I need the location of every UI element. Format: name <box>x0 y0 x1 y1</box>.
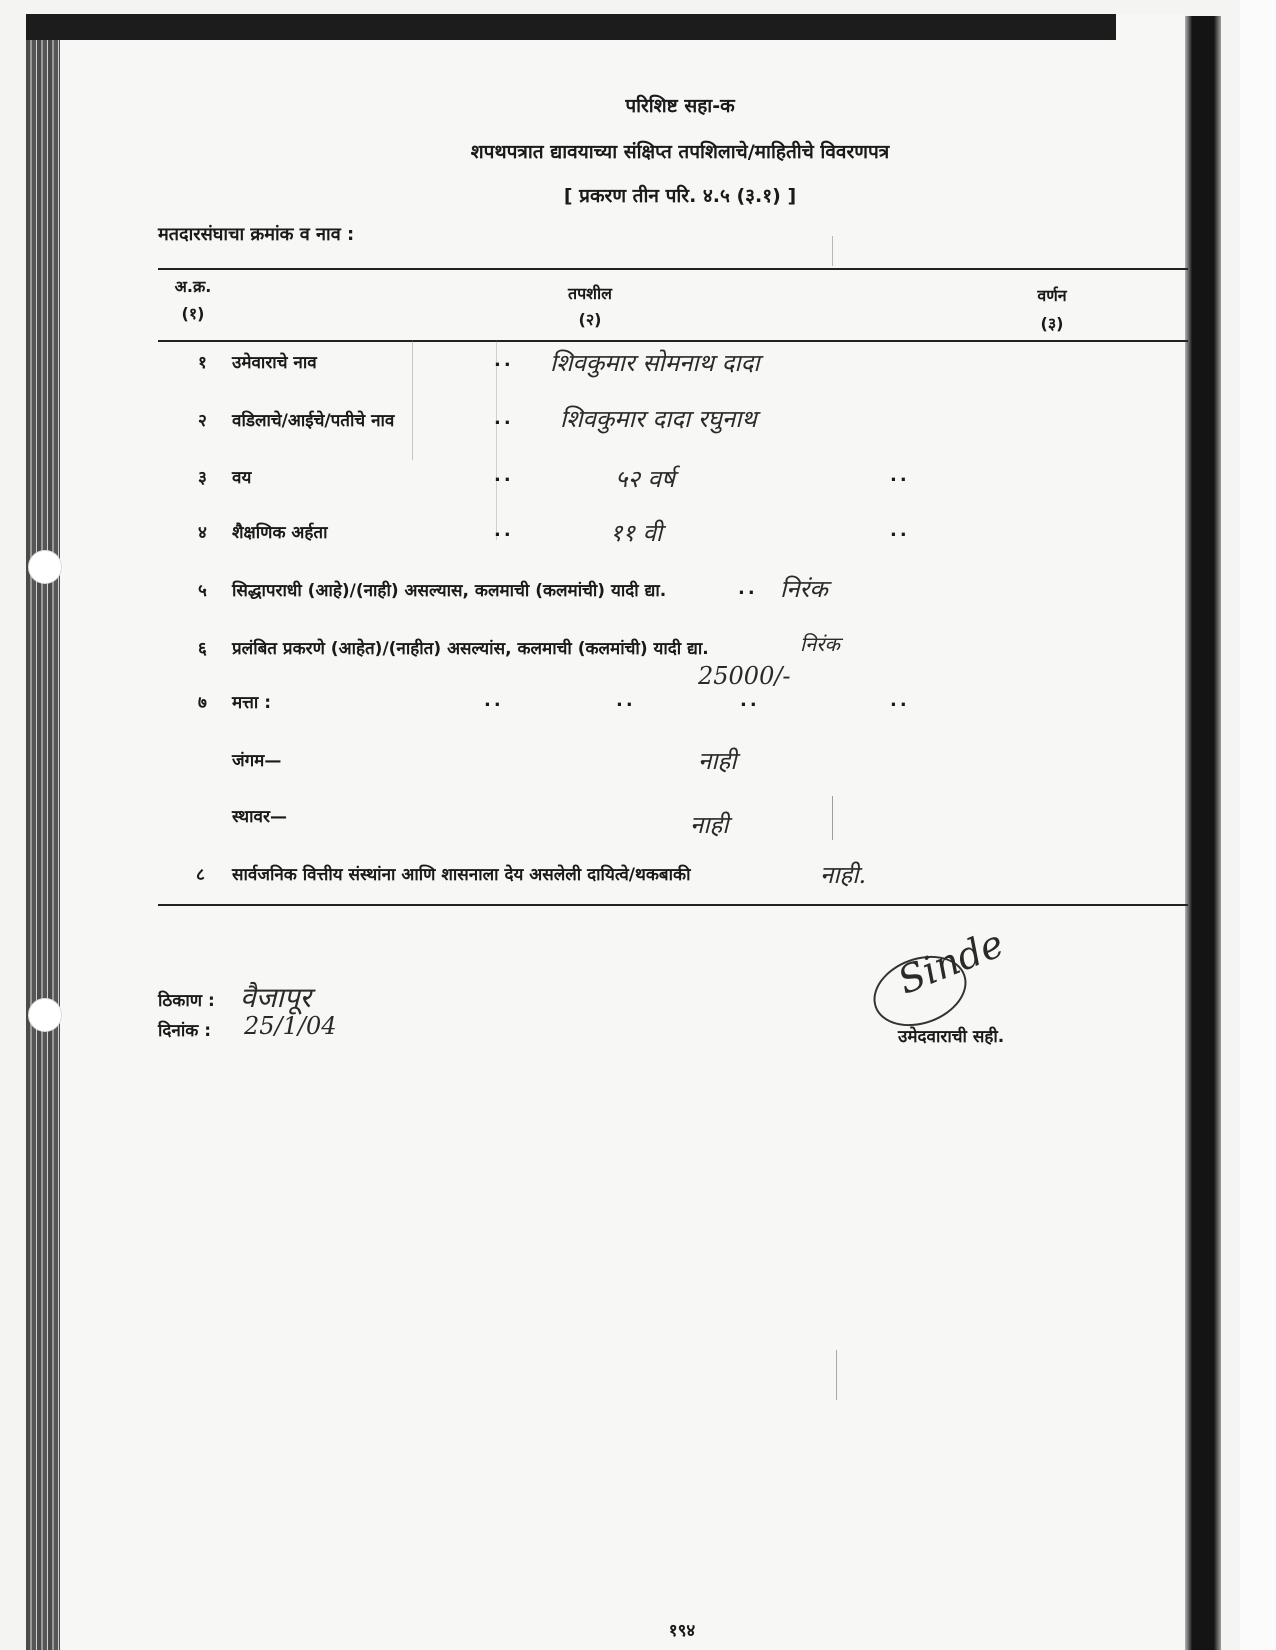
immovable-assets-label: स्थावर— <box>232 804 287 827</box>
form-title: शपथपत्रात द्यावयाच्या संक्षिप्त तपशिलाचे… <box>471 138 890 164</box>
col-description-index: (३) <box>1041 312 1064 334</box>
date-label: दिनांक : <box>158 1018 211 1041</box>
row-separator: .. <box>494 408 514 429</box>
scan-top-border <box>26 14 1116 40</box>
header-bottom-rule <box>158 340 1188 342</box>
movable-assets-value: नाही <box>698 744 737 777</box>
row-label: सार्वजनिक वित्तीय संस्थांना आणि शासनाला … <box>232 862 690 885</box>
guide-line <box>412 340 413 460</box>
table-bottom-rule <box>158 904 1188 906</box>
row-value-handwritten: नाही. <box>820 858 866 891</box>
row-separator: .. <box>740 690 760 711</box>
row-number: २ <box>198 408 207 431</box>
guide-line <box>832 236 833 266</box>
row-value-handwritten: शिवकुमार सोमनाथ दादा <box>550 346 760 379</box>
row-label: मत्ता : <box>232 690 271 713</box>
row-number: ४ <box>198 520 207 543</box>
row-separator: .. <box>494 350 514 371</box>
scan-left-border <box>26 40 60 1650</box>
row-number: ३ <box>198 465 207 488</box>
row-number: ७ <box>198 690 207 713</box>
punch-hole-bottom <box>28 998 62 1032</box>
col-serial-label: अ.क्र. <box>175 275 212 297</box>
punch-hole-top <box>28 550 62 584</box>
guide-line <box>836 1350 837 1400</box>
col-description-label: वर्णन <box>1037 284 1066 306</box>
row-number: ५ <box>198 578 207 601</box>
row-trail-separator: .. <box>890 520 910 541</box>
date-value: 25/1/04 <box>244 1012 337 1040</box>
row-value-handwritten: निरंक <box>780 572 828 605</box>
row-value-handwritten: निरंक <box>800 630 840 657</box>
assets-total-handwritten: 25000/- <box>698 662 791 690</box>
row-separator: .. <box>616 690 636 711</box>
row-label: वय <box>232 465 251 488</box>
row-label: शैक्षणिक अर्हता <box>232 520 328 543</box>
scan-right-margin <box>1240 0 1276 1650</box>
movable-assets-label: जंगम— <box>232 748 281 771</box>
row-number: ६ <box>198 636 207 659</box>
row-separator: .. <box>494 465 514 486</box>
row-separator: .. <box>738 578 758 599</box>
appendix-title: परिशिष्ट सहा-क <box>625 92 734 118</box>
row-label: सिद्धापराधी (आहे)/(नाही) असल्यास, कलमाची… <box>232 578 666 601</box>
row-value-handwritten: ५२ वर्ष <box>615 462 675 495</box>
col-serial-index: (१) <box>182 302 205 324</box>
scan-right-border <box>1185 16 1221 1650</box>
row-separator: .. <box>494 520 514 541</box>
row-label: प्रलंबित प्रकरणे (आहेत)/(नाहीत) असल्यांस… <box>232 636 709 659</box>
immovable-assets-value: नाही <box>690 808 729 841</box>
document-page <box>26 14 1186 1650</box>
col-details-index: (२) <box>579 308 602 330</box>
row-label: उमेवाराचे नाव <box>232 350 317 373</box>
place-value: वैजापूर <box>240 978 311 1016</box>
header-top-rule <box>158 268 1188 270</box>
signature-label: उमेदवाराची सही. <box>898 1024 1004 1047</box>
row-trail-separator: .. <box>890 690 910 711</box>
row-number: ८ <box>196 862 205 885</box>
row-label: वडिलाचे/आईचे/पतीचे नाव <box>232 408 394 431</box>
guide-line <box>832 796 833 840</box>
row-separator: .. <box>484 690 504 711</box>
row-value-handwritten: शिवकुमार दादा रघुनाथ <box>560 402 757 435</box>
place-label: ठिकाण : <box>158 988 215 1011</box>
col-details-label: तपशील <box>568 282 612 304</box>
row-trail-separator: .. <box>890 465 910 486</box>
row-number: १ <box>198 350 207 373</box>
page-number: १९४ <box>669 1618 696 1641</box>
form-reference: [ प्रकरण तीन परि. ४.५ (३.१) ] <box>564 182 796 208</box>
constituency-label: मतदारसंघाचा क्रमांक व नाव : <box>158 222 354 246</box>
row-value-handwritten: ११ वी <box>610 516 662 549</box>
